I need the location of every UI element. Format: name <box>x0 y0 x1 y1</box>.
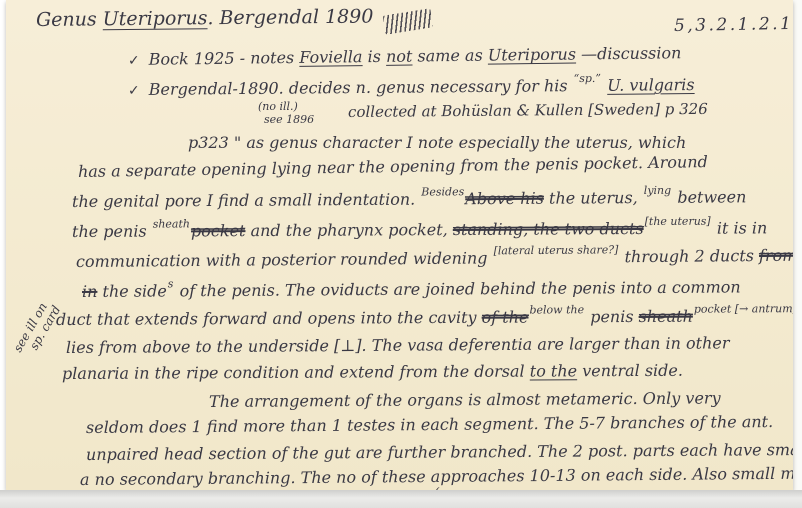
genus-authority: . Bergendal 1890 <box>207 5 373 29</box>
catalog-number: 5,3.2.1.2.1 <box>674 14 793 36</box>
reference-bock-line: ✓Bock 1925 - notes Foviella is not same … <box>128 43 682 71</box>
bock-text: same as <box>412 46 488 66</box>
quote-text: it is in <box>712 218 768 237</box>
scratched-out-word <box>383 8 433 34</box>
quote-line-6: in the sides of the penis. The oviducts … <box>82 277 741 304</box>
quote-text: penis <box>585 307 639 326</box>
quote-text: ventral side. <box>577 361 683 381</box>
deleted-text: from <box>759 246 793 265</box>
bock-text: is <box>362 47 386 66</box>
insertion: Besides <box>421 182 464 202</box>
bock-text: —discussion <box>576 43 682 63</box>
card-title: Genus Uteriporus. Bergendal 1890 <box>36 6 374 30</box>
foviella-name: Foviella <box>299 47 362 67</box>
quote-line-5: communication with a posterior rounded w… <box>76 245 793 274</box>
quote-line-8: lies from above to the underside [⊥]. Th… <box>66 333 730 358</box>
insertion: [lateral uterus share?] <box>493 240 618 261</box>
quote-text: the uterus, <box>544 188 643 208</box>
see-1896-note: see 1896 <box>264 113 314 126</box>
no-illustration-note: (no ill.) <box>258 100 298 113</box>
quote-text: the genital pore I find a small indentat… <box>72 190 420 211</box>
index-card: Genus Uteriporus. Bergendal 1890 5,3.2.1… <box>6 0 793 490</box>
quote-text: planaria in the ripe condition and exten… <box>62 362 530 383</box>
quote-line-3: the genital pore I find a small indentat… <box>72 187 747 214</box>
quote-text: the penis <box>72 222 152 241</box>
insertion: below the <box>529 300 584 320</box>
insertion: pocket [→ antrum] <box>694 299 793 320</box>
deleted-text: in <box>82 282 98 301</box>
para2-line-1: The arrangement of the organs is almost … <box>209 388 721 412</box>
deleted-text: sheath <box>639 307 693 326</box>
insertion: sheath <box>153 214 190 234</box>
genus-label: Genus <box>36 8 103 31</box>
not-word: not <box>386 47 413 66</box>
quote-text: and the pharynx pocket, <box>245 220 452 240</box>
deleted-text: Above his <box>465 189 544 209</box>
checkmark-icon: ✓ <box>128 83 140 99</box>
deleted-text: pocket <box>191 221 246 240</box>
checkmark-icon: ✓ <box>128 53 140 69</box>
deleted-text: standing, the two ducts <box>453 219 644 239</box>
quote-text: communication with a posterior rounded w… <box>76 248 493 271</box>
para2-line-2: seldom does 1 find more than 1 testes in… <box>86 412 773 438</box>
quote-line-9: planaria in the ripe condition and exten… <box>62 361 683 384</box>
reference-bergendal-line: ✓Bergendal-1890. decides n. genus necess… <box>128 75 695 102</box>
quote-text: between <box>672 187 746 207</box>
collected-note: collected at Bohüslan & Kullen [Sweden] … <box>348 99 708 122</box>
quote-line-1: p323 " as genus character I note especia… <box>188 133 686 153</box>
quote-text: of the penis. The oviducts are joined be… <box>174 277 740 300</box>
scan-bottom-edge <box>0 490 802 508</box>
bergendal-text: Bergendal-1890. decides n. genus necessa… <box>149 76 573 99</box>
para2-line-3: unpaired head section of the gut are fur… <box>86 440 793 465</box>
bock-text: Bock 1925 - notes <box>149 48 300 69</box>
insertion: [the uterus] <box>645 212 711 232</box>
quote-line-7: duct that extends forward and opens into… <box>56 306 793 332</box>
species-name: U. vulgaris <box>607 75 695 95</box>
quote-line-4: the penis sheathpocket and the pharynx p… <box>72 218 767 244</box>
sp-superscript: “sp.” <box>573 69 601 89</box>
scanned-page: Genus Uteriporus. Bergendal 1890 5,3.2.1… <box>0 0 802 508</box>
underlined-text: to the <box>530 361 577 380</box>
insertion: s <box>168 274 174 294</box>
quote-text: through 2 ducts <box>619 246 759 266</box>
insertion: lying <box>644 181 672 201</box>
uteriporus-name: Uteriporus <box>488 45 576 65</box>
quote-text: the side <box>97 281 167 300</box>
quote-text: duct that extends forward and opens into… <box>56 308 482 329</box>
quote-line-2: has a separate opening lying near the op… <box>78 152 708 182</box>
deleted-text: of the <box>482 308 529 327</box>
genus-name: Uteriporus <box>103 7 208 30</box>
